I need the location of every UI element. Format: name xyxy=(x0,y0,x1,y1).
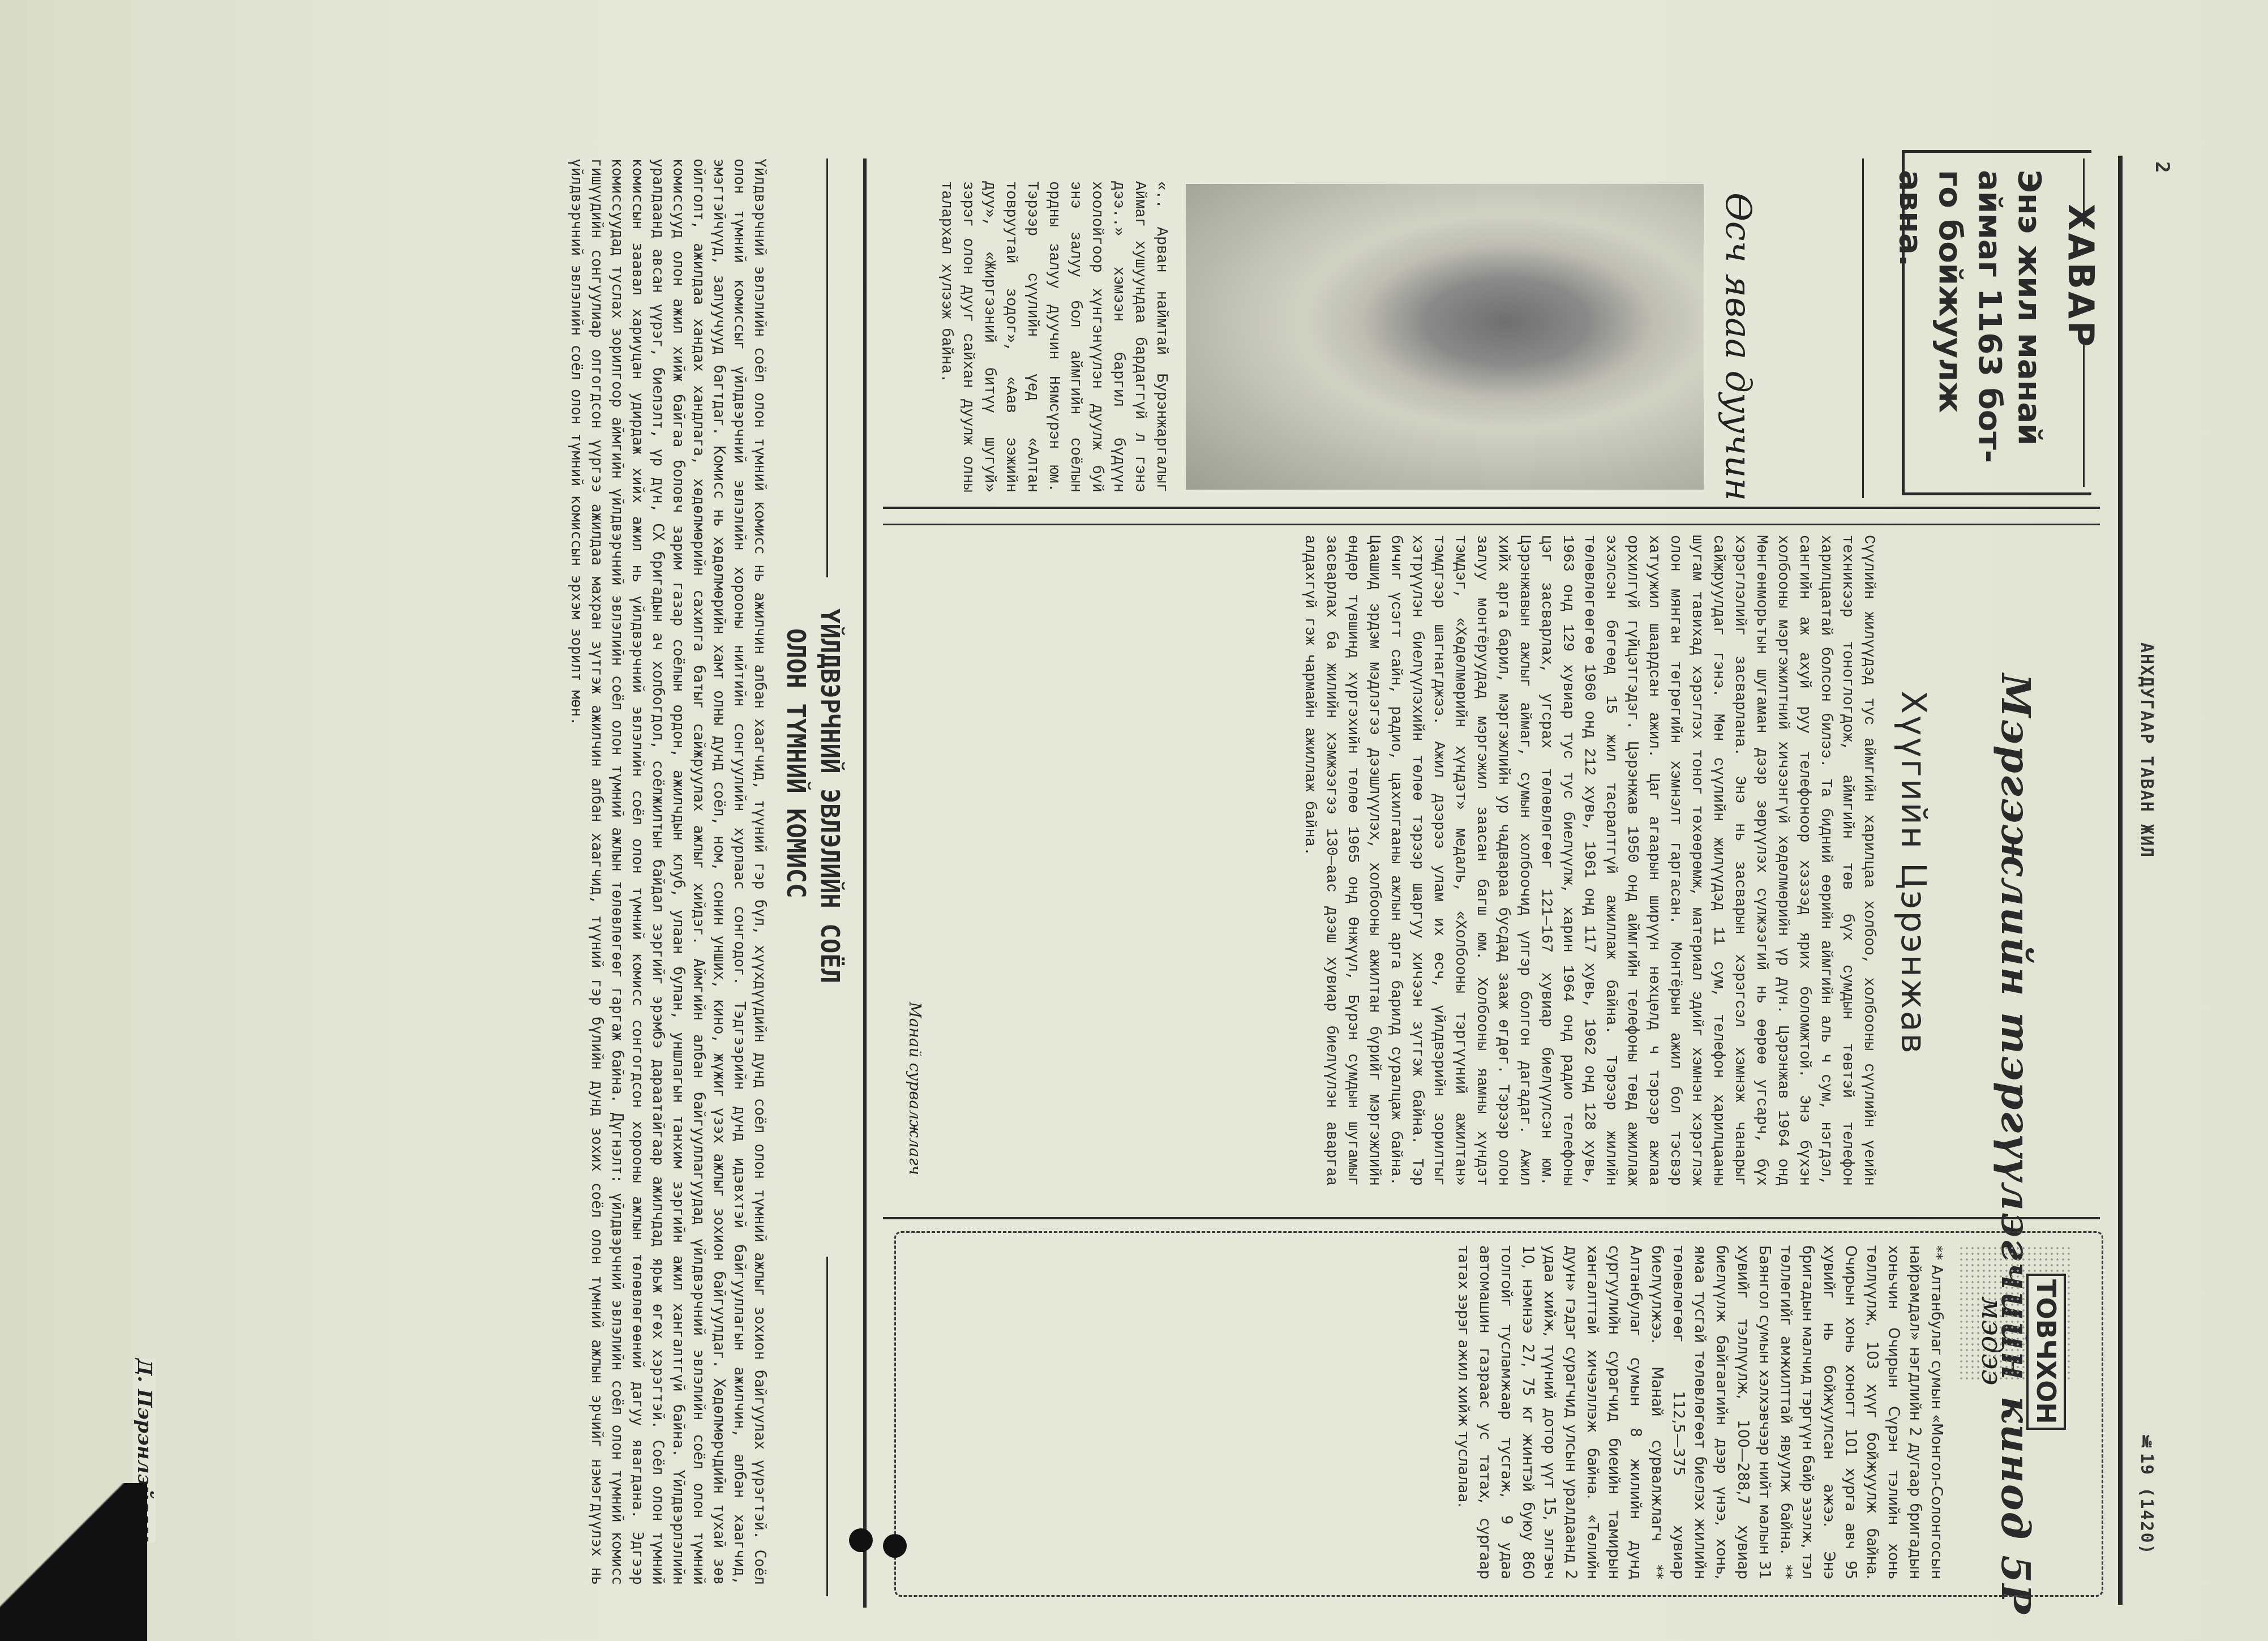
main-article-top-rule xyxy=(883,524,2100,525)
spring-kicker: ХАВАР xyxy=(2060,204,2102,349)
culture-rule-left xyxy=(826,158,828,577)
brief-news-text: ** Алтанбулаг сумын «Монгол-Солонгосын н… xyxy=(911,1245,1947,1579)
section-divider xyxy=(863,158,867,1608)
binder-hole xyxy=(849,1528,873,1552)
culture-rule-right xyxy=(826,1257,828,1596)
issue-number: №19 (1420) xyxy=(2137,1432,2156,1556)
brief-news-subtitle: мэдээ xyxy=(1975,1296,2008,1385)
photo-caption: Өсч яваа дуучин xyxy=(1718,192,1759,501)
culture-title-line2: ОЛОН ТҮМНИЙ КОМИСС xyxy=(781,628,810,898)
singer-photo xyxy=(1186,184,1704,490)
kicker-rule-bottom xyxy=(2083,345,2085,487)
spring-headline: Энэ жил манай аймаг 1163 бот-го бойжуулж… xyxy=(1913,170,2049,487)
main-article-text: Сүүлийн жилүүдэд тус аймгийн харилцаа хо… xyxy=(917,535,1879,1186)
main-article-title: Хүүгийн Цэрэнжав xyxy=(1893,691,1933,1055)
running-title: АНХДУГААР ТАВАН ЖИЛ xyxy=(2137,642,2156,858)
header-rule xyxy=(2118,156,2123,1605)
binder-hole xyxy=(883,1534,907,1558)
brief-news-title: ТОВЧХОН xyxy=(2026,1274,2066,1430)
page-number: 2 xyxy=(2151,161,2173,174)
kicker-rule-top xyxy=(2083,158,2085,226)
newspaper-page: 2 АНХДУГААР ТАВАН ЖИЛ №19 (1420) ХАВАР Э… xyxy=(0,0,2268,1641)
main-article-byline: Манай сурвалжлагч xyxy=(906,1002,924,1175)
photo-story-text: «.. Арван наймтай Бурэнжаргалыг Аймаг ху… xyxy=(906,181,1172,492)
photo-bottom-rule xyxy=(883,507,2100,509)
culture-title-line1: ҮЙЛДВЭРЧНИЙ ЭВЛЭЛИЙН СОЁЛ xyxy=(815,609,844,983)
caption-rule xyxy=(1862,158,1864,498)
main-article-bottom-rule xyxy=(883,1217,2100,1219)
scan-edge-shadow xyxy=(0,1483,147,1641)
culture-article-text: Үйлдвэрчний эвлэлийн соёл олон түмний ко… xyxy=(119,158,770,1585)
